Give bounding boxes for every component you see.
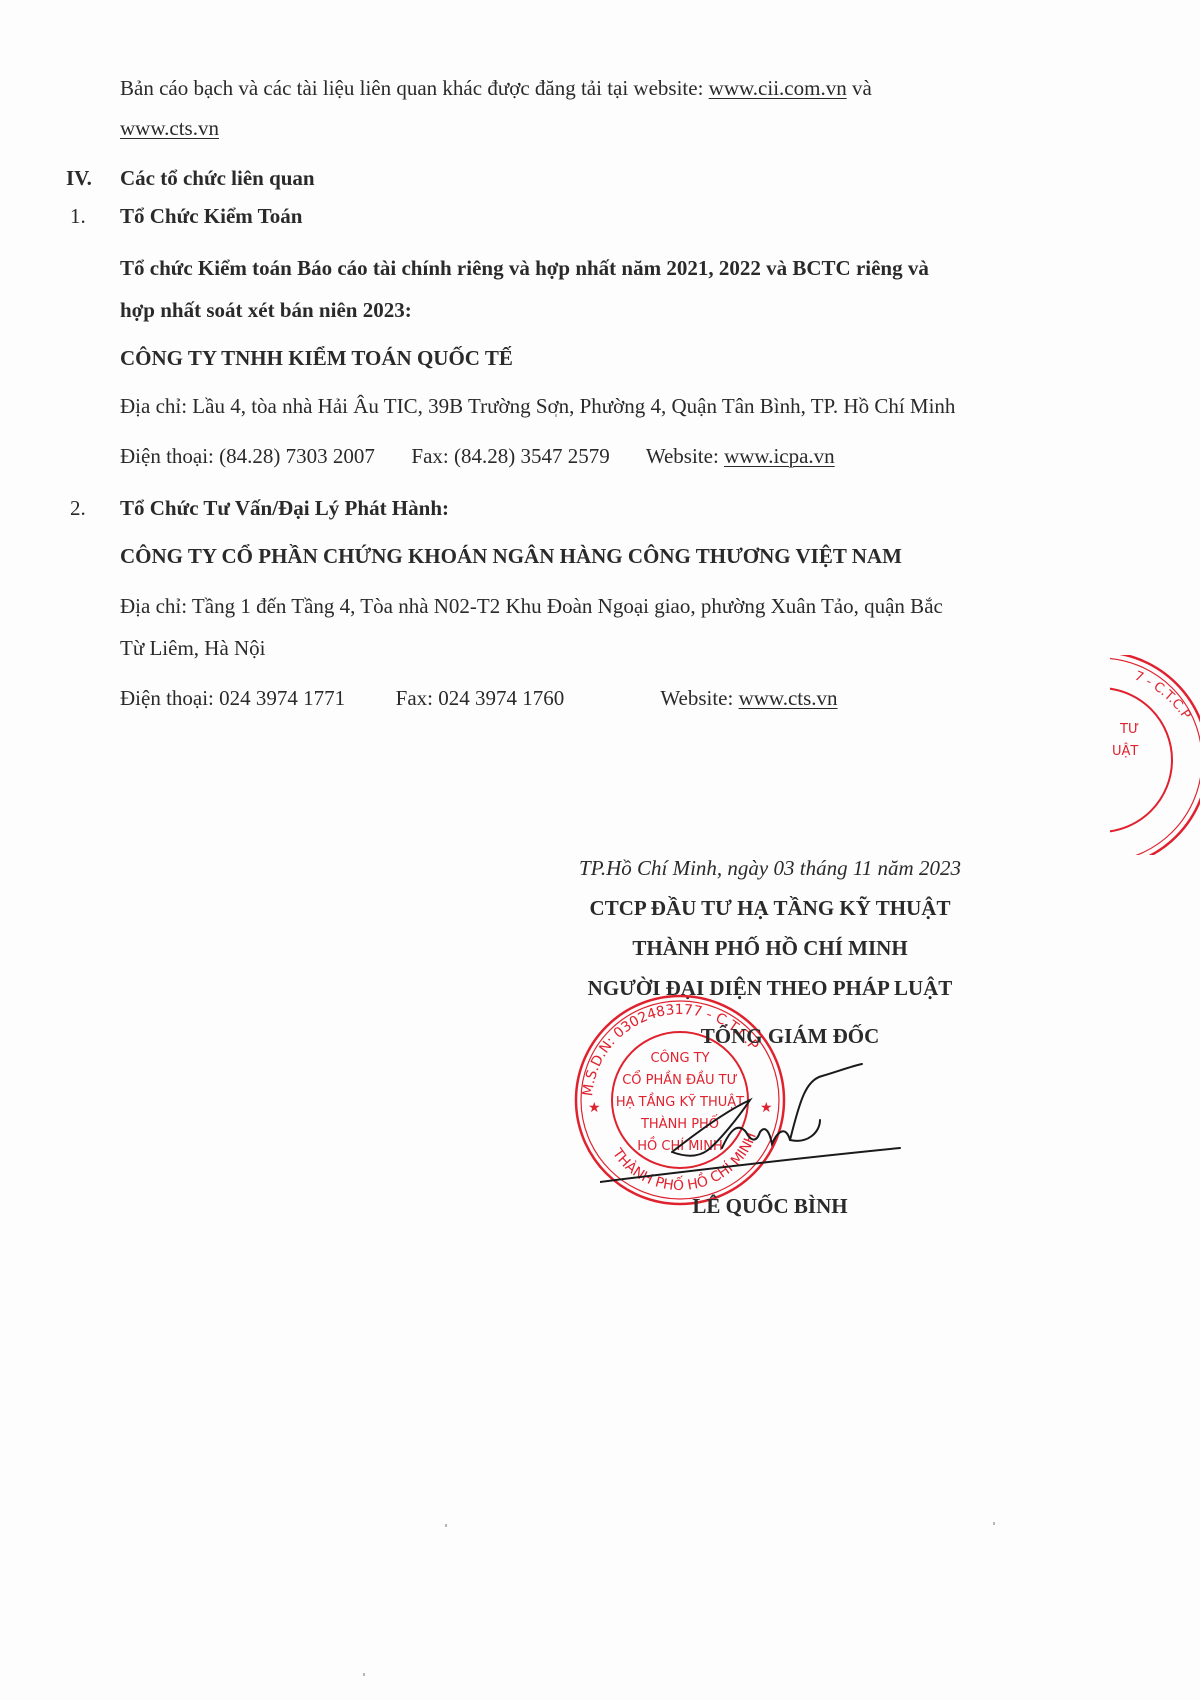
org2-contact: Điện thoại: 024 3974 1771 Fax: 024 3974 … [120,688,838,709]
org1-fax: Fax: (84.28) 3547 2579 [411,444,609,468]
org2-company: CÔNG TY CỔ PHẦN CHỨNG KHOÁN NGÂN HÀNG CÔ… [120,546,902,567]
intro-text: Bản cáo bạch và các tài liệu liên quan k… [120,76,709,100]
org2-heading: Tổ Chức Tư Vấn/Đại Lý Phát Hành: [120,498,449,519]
intro-paragraph: Bản cáo bạch và các tài liệu liên quan k… [120,78,872,99]
link-cts[interactable]: www.cts.vn [120,118,219,139]
org2-website-label: Website: [660,686,738,710]
link-cii[interactable]: www.cii.com.vn [709,76,847,100]
section-title: Các tổ chức liên quan [120,168,315,189]
edge-seal-ring-text: 7 - C.T.C.P [1132,669,1193,723]
handwritten-signature [600,1060,920,1190]
signer-name: LÊ QUỐC BÌNH [520,1196,1020,1217]
org1-phone: Điện thoại: (84.28) 7303 2007 [120,444,375,468]
org2-address-line1: Địa chỉ: Tầng 1 đến Tầng 4, Tòa nhà N02-… [120,596,943,617]
scan-speck [363,1673,365,1676]
link-cts-2[interactable]: www.cts.vn [739,686,838,710]
edge-seal-center-line: TƯ [1119,722,1139,737]
org1-contact: Điện thoại: (84.28) 7303 2007 Fax: (84.2… [120,446,835,467]
edge-seal-center-line: UẬT [1112,743,1138,759]
edge-seal-stamp: 7 - C.T.C.P TƯ UẬT [1110,655,1200,855]
org2-phone: Điện thoại: 024 3974 1771 [120,686,345,710]
intro-conj: và [847,76,872,100]
scan-speck [555,414,557,417]
link-icpa[interactable]: www.icpa.vn [724,444,835,468]
org1-desc-line1: Tổ chức Kiểm toán Báo cáo tài chính riên… [120,258,929,279]
scan-speck [445,1524,447,1527]
org2-address-line2: Từ Liêm, Hà Nội [120,638,266,659]
org1-website-label: Website: [646,444,724,468]
org2-fax: Fax: 024 3974 1760 [396,686,565,710]
org1-heading: Tổ Chức Kiểm Toán [120,206,302,227]
scan-speck [993,1522,995,1525]
place-date: TP.Hồ Chí Minh, ngày 03 tháng 11 năm 202… [520,858,1020,879]
signer-org-line2: THÀNH PHỐ HỒ CHÍ MINH [520,938,1020,959]
org1-address: Địa chỉ: Lầu 4, tòa nhà Hải Âu TIC, 39B … [120,396,955,417]
org1-company: CÔNG TY TNHH KIỂM TOÁN QUỐC TẾ [120,348,513,369]
signer-org-line1: CTCP ĐẦU TƯ HẠ TẦNG KỸ THUẬT [520,898,1020,919]
org1-number: 1. [70,206,86,227]
section-number: IV. [66,168,92,189]
org2-number: 2. [70,498,86,519]
signer-role-line2: TỔNG GIÁM ĐỐC [540,1026,1040,1047]
org1-desc-line2: hợp nhất soát xét bán niên 2023: [120,300,412,321]
star-icon: ★ [588,1100,601,1116]
